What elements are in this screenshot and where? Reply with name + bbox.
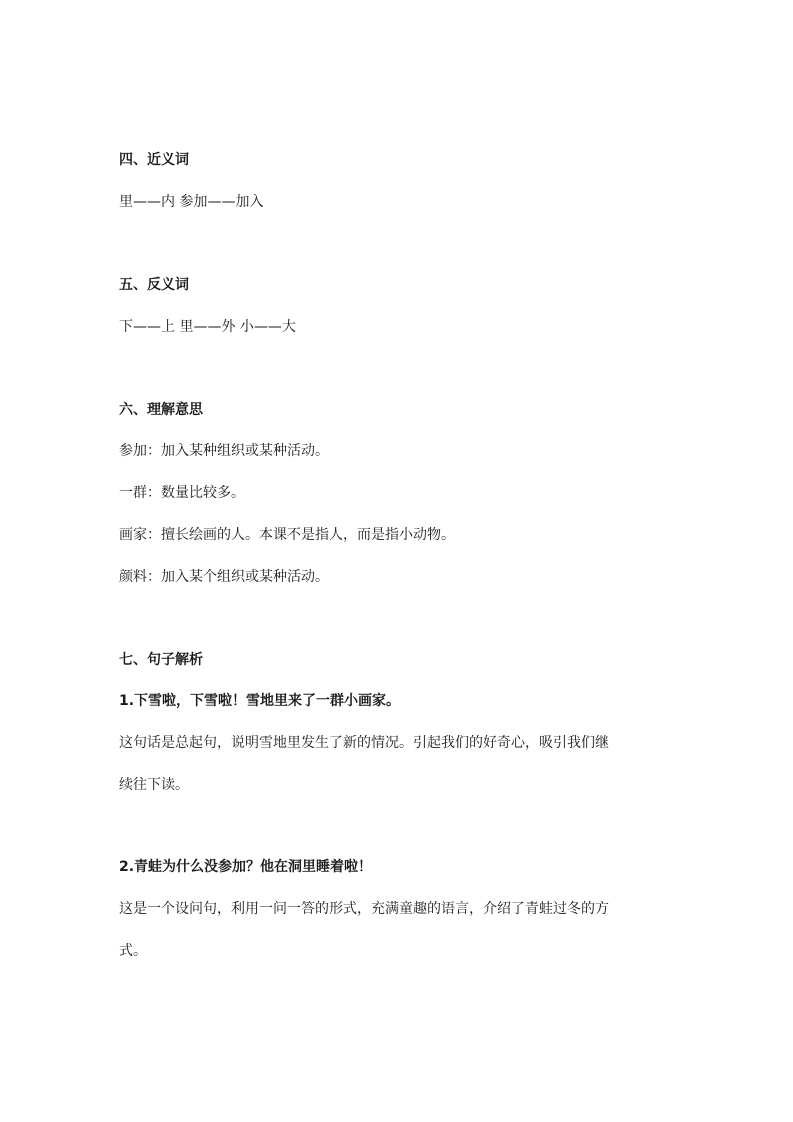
meaning-item: 一群：数量比较多。 [119,483,245,503]
analysis-explanation: 这句话是总起句，说明雪地里发生了新的情况。引起我们的好奇心，吸引我们继 [119,733,609,753]
section-heading-meanings: 六、理解意思 [119,400,203,420]
meaning-item: 参加：加入某种组织或某种活动。 [119,441,329,461]
section-heading-sentence-analysis: 七、句子解析 [119,650,203,670]
section-heading-antonyms: 五、反义词 [119,275,189,295]
analysis-explanation: 这是一个设问句，利用一问一答的形式，充满童趣的语言，介绍了青蛙过冬的方 [119,899,609,919]
synonym-pairs: 里——内 参加——加入 [119,192,263,212]
section-heading-synonyms: 四、近义词 [119,150,189,170]
antonym-pairs: 下——上 里——外 小——大 [119,317,296,337]
analysis-sentence: 2.青蛙为什么没参加？他在洞里睡着啦！ [119,857,372,877]
meaning-item: 颜料：加入某个组织或某种活动。 [119,567,329,587]
meaning-item: 画家：擅长绘画的人。本课不是指人，而是指小动物。 [119,525,455,545]
analysis-explanation-continued: 式。 [119,941,147,961]
analysis-explanation-continued: 续往下读。 [119,775,189,795]
analysis-sentence: 1.下雪啦，下雪啦！雪地里来了一群小画家。 [119,691,400,711]
